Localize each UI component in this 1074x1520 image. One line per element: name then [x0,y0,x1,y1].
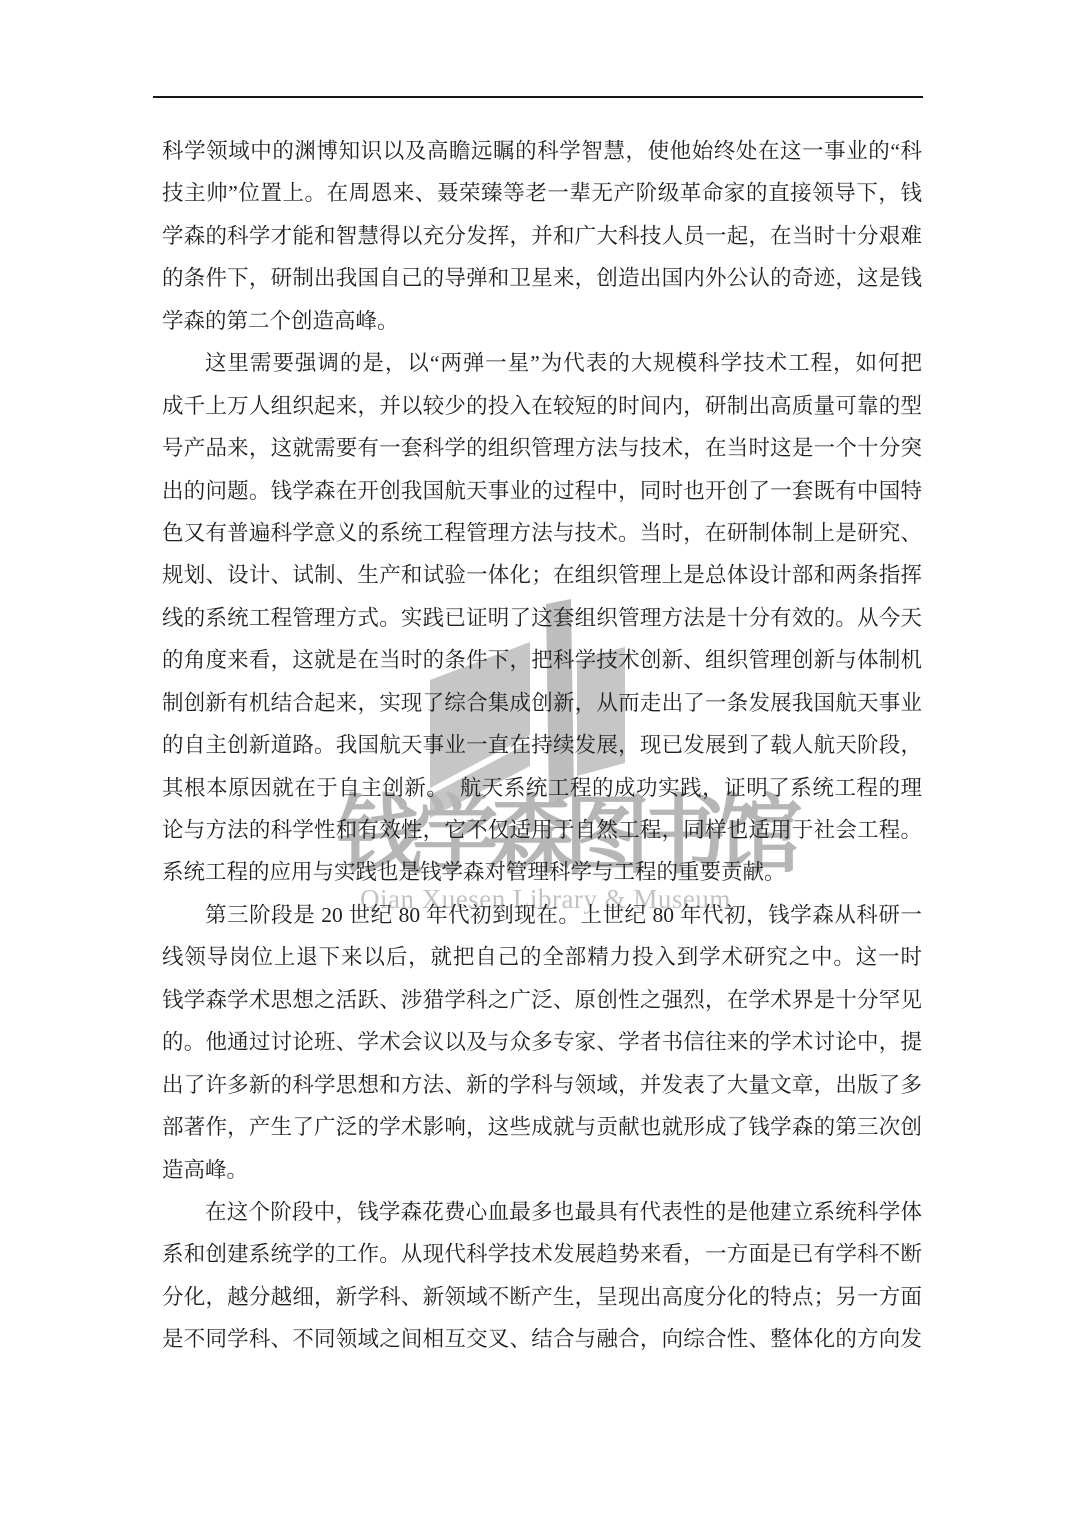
text-line: 出的问题。钱学森在开创我国航天事业的过程中，同时也开创了一套既有中国特 [162,470,922,512]
text-line: 的自主创新道路。我国航天事业一直在持续发展，现已发展到了载人航天阶段， [162,724,922,766]
text-line: 在这个阶段中，钱学森花费心血最多也最具有代表性的是他建立系统科学体 [162,1191,922,1233]
text-line: 出了许多新的科学思想和方法、新的学科与领域，并发表了大量文章，出版了多 [162,1064,922,1106]
text-line: 号产品来，这就需要有一套科学的组织管理方法与技术，在当时这是一个十分突 [162,427,922,469]
text-line: 其根本原因就在于自主创新。 航天系统工程的成功实践，证明了系统工程的理 [162,767,922,809]
text-line: 系和创建系统学的工作。从现代科学技术发展趋势来看，一方面是已有学科不断 [162,1233,922,1275]
text-line: 是不同学科、不同领域之间相互交叉、结合与融合，向综合性、整体化的方向发 [162,1318,922,1360]
text-line: 钱学森学术思想之活跃、涉猎学科之广泛、原创性之强烈，在学术界是十分罕见 [162,979,922,1021]
text-line: 部著作，产生了广泛的学术影响，这些成就与贡献也就形成了钱学森的第三次创 [162,1106,922,1148]
text-line: 线的系统工程管理方式。实践已证明了这套组织管理方法是十分有效的。从今天 [162,597,922,639]
text-line: 学森的科学才能和智慧得以充分发挥，并和广大科技人员一起，在当时十分艰难 [162,215,922,257]
document-page: 钱学森图书馆 Qian Xuesen Library & Museum 科学领域… [0,0,1074,1520]
text-line: 系统工程的应用与实践也是钱学森对管理科学与工程的重要贡献。 [162,851,922,893]
text-line: 论与方法的科学性和有效性，它不仅适用于自然工程，同样也适用于社会工程。 [162,809,922,851]
text-line: 造高峰。 [162,1149,922,1191]
document-body: 科学领域中的渊博知识以及高瞻远瞩的科学智慧，使他始终处在这一事业的“科技主帅”位… [162,130,922,1361]
text-line: 制创新有机结合起来，实现了综合集成创新，从而走出了一条发展我国航天事业 [162,682,922,724]
text-line: 分化，越分越细，新学科、新领域不断产生，呈现出高度分化的特点；另一方面 [162,1276,922,1318]
text-line: 技主帅”位置上。在周恩来、聂荣臻等老一辈无产阶级革命家的直接领导下，钱 [162,172,922,214]
text-line: 的条件下，研制出我国自己的导弹和卫星来，创造出国内外公认的奇迹，这是钱 [162,257,922,299]
text-line: 成千上万人组织起来，并以较少的投入在较短的时间内，研制出高质量可靠的型 [162,385,922,427]
text-line: 色又有普遍科学意义的系统工程管理方法与技术。当时，在研制体制上是研究、 [162,512,922,554]
text-line: 的。他通过讨论班、学术会议以及与众多专家、学者书信往来的学术讨论中，提 [162,1021,922,1063]
text-line: 第三阶段是 20 世纪 80 年代初到现在。上世纪 80 年代初，钱学森从科研一 [162,894,922,936]
text-line: 线领导岗位上退下来以后，就把自己的全部精力投入到学术研究之中。这一时期， [162,936,922,978]
text-line: 这里需要强调的是，以“两弹一星”为代表的大规模科学技术工程，如何把 [162,342,922,384]
text-line: 学森的第二个创造高峰。 [162,300,922,342]
text-line: 的角度来看，这就是在当时的条件下，把科学技术创新、组织管理创新与体制机 [162,639,922,681]
text-line: 科学领域中的渊博知识以及高瞻远瞩的科学智慧，使他始终处在这一事业的“科 [162,130,922,172]
text-line: 规划、设计、试制、生产和试验一体化；在组织管理上是总体设计部和两条指挥 [162,554,922,596]
